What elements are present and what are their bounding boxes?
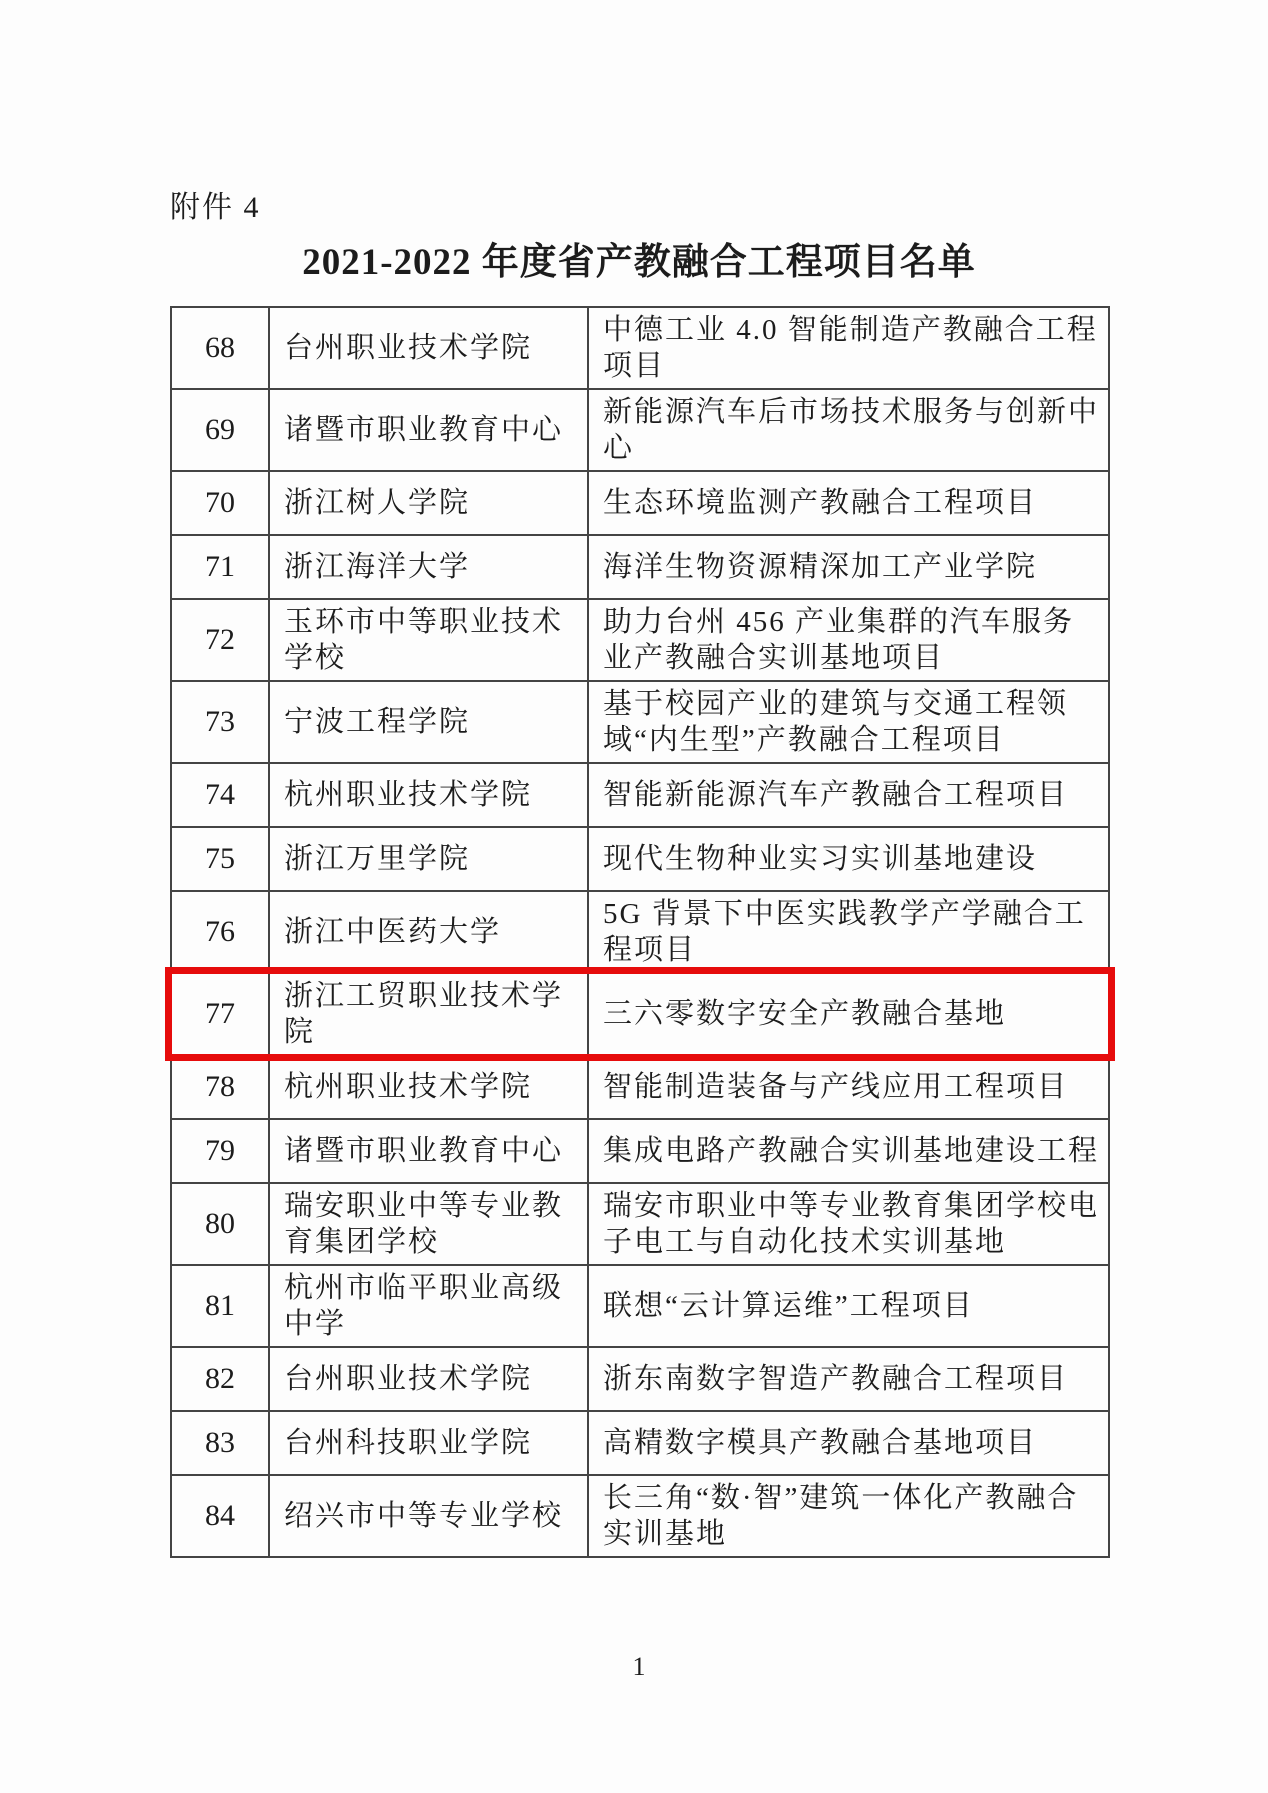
project-cell: 瑞安市职业中等专业教育集团学校电子电工与自动化技术实训基地: [588, 1183, 1109, 1265]
table-row: 76 浙江中医药大学 5G 背景下中医实践教学产学融合工程项目: [171, 891, 1109, 973]
row-number-cell: 76: [171, 891, 269, 973]
document-page: 附件 4 2021-2022 年度省产教融合工程项目名单 68 台州职业技术学院…: [0, 0, 1268, 1793]
row-number-cell: 74: [171, 763, 269, 827]
page-number: 1: [170, 1652, 1108, 1682]
table-row: 73 宁波工程学院 基于校园产业的建筑与交通工程领域“内生型”产教融合工程项目: [171, 681, 1109, 763]
school-cell: 浙江万里学院: [269, 827, 588, 891]
project-cell: 智能新能源汽车产教融合工程项目: [588, 763, 1109, 827]
school-cell: 玉环市中等职业技术学校: [269, 599, 588, 681]
row-number-cell: 83: [171, 1411, 269, 1475]
table-row: 84 绍兴市中等专业学校 长三角“数·智”建筑一体化产教融合实训基地: [171, 1475, 1109, 1557]
school-cell: 台州科技职业学院: [269, 1411, 588, 1475]
table-row: 69 诸暨市职业教育中心 新能源汽车后市场技术服务与创新中心: [171, 389, 1109, 471]
table-row: 70 浙江树人学院 生态环境监测产教融合工程项目: [171, 471, 1109, 535]
row-number-cell: 72: [171, 599, 269, 681]
table-row: 72 玉环市中等职业技术学校 助力台州 456 产业集群的汽车服务业产教融合实训…: [171, 599, 1109, 681]
table-row: 78 杭州职业技术学院 智能制造装备与产线应用工程项目: [171, 1055, 1109, 1119]
table-row: 71 浙江海洋大学 海洋生物资源精深加工产业学院: [171, 535, 1109, 599]
table-row: 82 台州职业技术学院 浙东南数字智造产教融合工程项目: [171, 1347, 1109, 1411]
project-cell: 三六零数字安全产教融合基地: [588, 973, 1109, 1055]
project-cell: 生态环境监测产教融合工程项目: [588, 471, 1109, 535]
row-number-cell: 80: [171, 1183, 269, 1265]
school-cell: 浙江树人学院: [269, 471, 588, 535]
row-number-cell: 84: [171, 1475, 269, 1557]
project-cell: 5G 背景下中医实践教学产学融合工程项目: [588, 891, 1109, 973]
project-cell: 新能源汽车后市场技术服务与创新中心: [588, 389, 1109, 471]
row-number-cell: 73: [171, 681, 269, 763]
project-cell: 助力台州 456 产业集群的汽车服务业产教融合实训基地项目: [588, 599, 1109, 681]
school-cell: 杭州职业技术学院: [269, 1055, 588, 1119]
table-row: 83 台州科技职业学院 高精数字模具产教融合基地项目: [171, 1411, 1109, 1475]
project-table-body: 68 台州职业技术学院 中德工业 4.0 智能制造产教融合工程项目 69 诸暨市…: [171, 307, 1109, 1557]
school-cell: 台州职业技术学院: [269, 307, 588, 389]
table-row: 81 杭州市临平职业高级中学 联想“云计算运维”工程项目: [171, 1265, 1109, 1347]
table-row: 75 浙江万里学院 现代生物种业实习实训基地建设: [171, 827, 1109, 891]
row-number-cell: 75: [171, 827, 269, 891]
school-cell: 台州职业技术学院: [269, 1347, 588, 1411]
school-cell: 浙江工贸职业技术学院: [269, 973, 588, 1055]
row-number-cell: 71: [171, 535, 269, 599]
table-row: 80 瑞安职业中等专业教育集团学校 瑞安市职业中等专业教育集团学校电子电工与自动…: [171, 1183, 1109, 1265]
table-row-highlighted: 77 浙江工贸职业技术学院 三六零数字安全产教融合基地: [171, 973, 1109, 1055]
project-cell: 浙东南数字智造产教融合工程项目: [588, 1347, 1109, 1411]
school-cell: 浙江中医药大学: [269, 891, 588, 973]
project-cell: 现代生物种业实习实训基地建设: [588, 827, 1109, 891]
project-cell: 联想“云计算运维”工程项目: [588, 1265, 1109, 1347]
project-cell: 智能制造装备与产线应用工程项目: [588, 1055, 1109, 1119]
school-cell: 宁波工程学院: [269, 681, 588, 763]
row-number-cell: 68: [171, 307, 269, 389]
attachment-label: 附件 4: [170, 186, 1268, 230]
school-cell: 浙江海洋大学: [269, 535, 588, 599]
school-cell: 绍兴市中等专业学校: [269, 1475, 588, 1557]
row-number-cell: 69: [171, 389, 269, 471]
school-cell: 诸暨市职业教育中心: [269, 1119, 588, 1183]
project-table: 68 台州职业技术学院 中德工业 4.0 智能制造产教融合工程项目 69 诸暨市…: [170, 306, 1110, 1558]
school-cell: 瑞安职业中等专业教育集团学校: [269, 1183, 588, 1265]
table-row: 79 诸暨市职业教育中心 集成电路产教融合实训基地建设工程: [171, 1119, 1109, 1183]
table-row: 74 杭州职业技术学院 智能新能源汽车产教融合工程项目: [171, 763, 1109, 827]
school-cell: 杭州市临平职业高级中学: [269, 1265, 588, 1347]
project-cell: 长三角“数·智”建筑一体化产教融合实训基地: [588, 1475, 1109, 1557]
row-number-cell: 78: [171, 1055, 269, 1119]
project-cell: 中德工业 4.0 智能制造产教融合工程项目: [588, 307, 1109, 389]
row-number-cell: 70: [171, 471, 269, 535]
school-cell: 杭州职业技术学院: [269, 763, 588, 827]
project-cell: 集成电路产教融合实训基地建设工程: [588, 1119, 1109, 1183]
project-cell: 海洋生物资源精深加工产业学院: [588, 535, 1109, 599]
page-title: 2021-2022 年度省产教融合工程项目名单: [170, 234, 1108, 292]
project-cell: 基于校园产业的建筑与交通工程领域“内生型”产教融合工程项目: [588, 681, 1109, 763]
table-row: 68 台州职业技术学院 中德工业 4.0 智能制造产教融合工程项目: [171, 307, 1109, 389]
row-number-cell: 79: [171, 1119, 269, 1183]
row-number-cell: 81: [171, 1265, 269, 1347]
row-number-cell: 82: [171, 1347, 269, 1411]
row-number-cell: 77: [171, 973, 269, 1055]
project-cell: 高精数字模具产教融合基地项目: [588, 1411, 1109, 1475]
school-cell: 诸暨市职业教育中心: [269, 389, 588, 471]
